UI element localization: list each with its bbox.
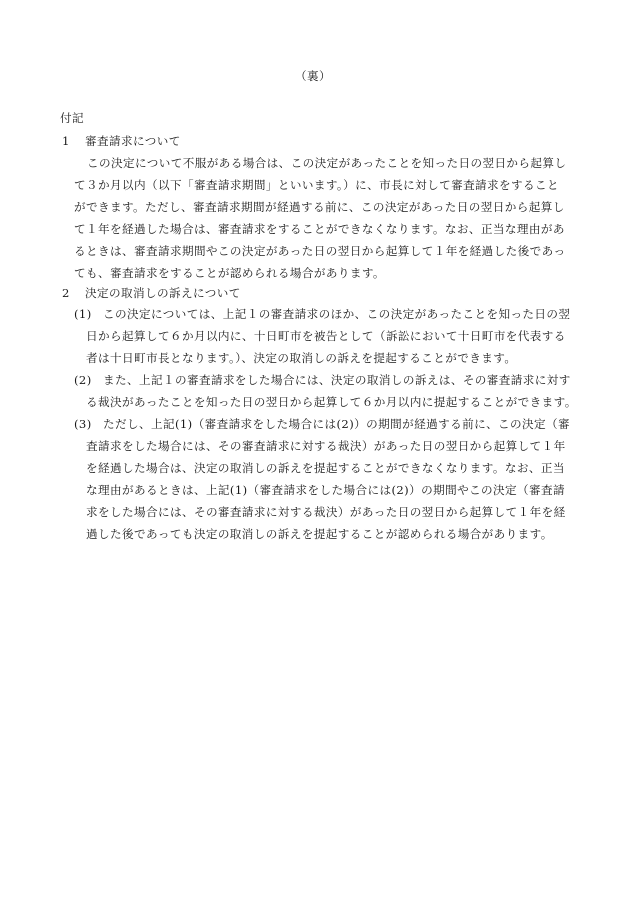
item-1-line: ができます。ただし、審査請求期間が経過する前に、この決定があった日の翌日から起算… [74,199,565,215]
subitem-1-label: (1) [74,306,92,322]
page-side-label: （裏） [0,68,630,84]
subitem-3-line: を経過した場合は、決定の取消しの訴えを提起することができなくなります。なお、正当 [86,460,565,476]
subitem-1-line: 日から起算して６か月以内に、十日町市を被告として（訴訟において十日町市を代表する [86,328,566,344]
subitem-1-line: この決定については、上記１の審査請求のほか、この決定があったことを知った日の翌 [103,306,570,322]
subitem-2-line: る裁決があったことを知った日の翌日から起算して６か月以内に提起することができます… [86,394,577,410]
subitem-2-line: また、上記１の審査請求をした場合には、決定の取消しの訴えは、その審査請求に対す [103,372,571,388]
item-1-line: この決定について不服がある場合は、この決定があったことを知った日の翌日から起算し [87,155,566,171]
subitem-3-line: な理由があるときは、上記(1)（審査請求をした場合には(2)）の期間やこの決定（… [86,482,565,498]
subitem-3-line: 求をした場合には、その審査請求に対する裁決）があった日の翌日から起算して１年を経 [86,504,566,520]
subitem-1-line: 者は十日町市長となります。）、決定の取消しの訴えを提起することができます。 [86,350,516,366]
item-2-number: 2 [62,285,70,301]
document-page: （裏） 付記 1 審査請求について この決定について不服がある場合は、この決定が… [0,0,630,915]
item-1-line: ても、審査請求をすることが認められる場合があります。 [74,265,385,281]
subitem-3-line: ただし、上記(1)（審査請求をした場合には(2)）の期間が経過する前に、この決定… [103,416,570,432]
section-title: 付記 [60,110,84,126]
item-1-line: るときは、審査請求期間やこの決定があった日の翌日から起算して１年を経過した後であ… [74,243,566,259]
item-1-number: 1 [62,133,70,149]
item-1-line: て１年を経過した場合は、審査請求をすることができなくなります。なお、正当な理由が… [74,221,565,237]
item-1-heading: 審査請求について [85,133,181,149]
item-2-heading: 決定の取消しの訴えについて [85,285,241,301]
subitem-3-line: 査請求をした場合には、その審査請求に対する裁決）があった日の翌日から起算して１年 [86,438,566,454]
subitem-3-line: 過した後であっても決定の取消しの訴えを提起することが認められる場合があります。 [86,526,553,542]
item-1-line: て３か月以内（以下「審査請求期間」といいます。）に、市長に対して審査請求をするこ… [74,177,559,193]
subitem-3-label: (3) [74,416,92,432]
subitem-2-label: (2) [74,372,92,388]
